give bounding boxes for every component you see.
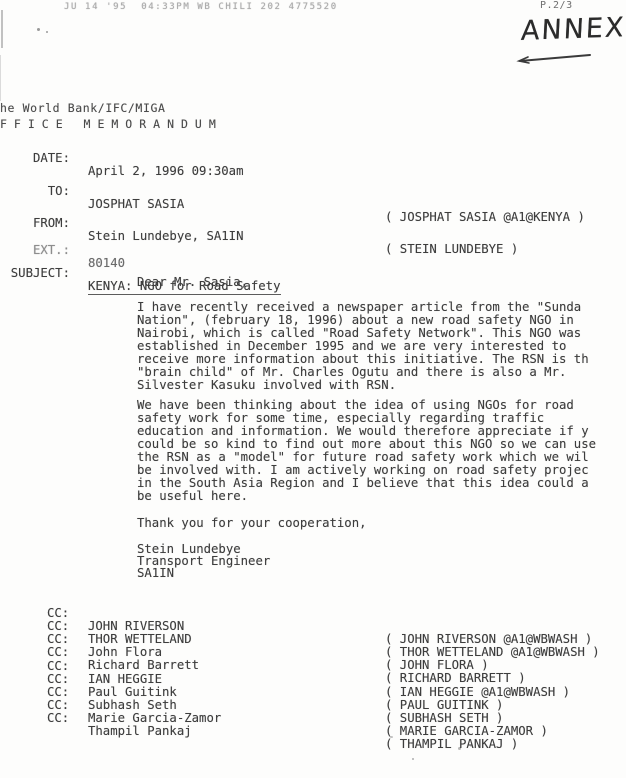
org-name: he World Bank/IFC/MIGA (0, 101, 223, 115)
subject-label: SUBJECT: (0, 267, 70, 280)
cc-row: CC: Paul Guitink ( PAUL GUITINK ) (0, 660, 626, 673)
meta-row-date: DATE: April 2, 1996 09:30am (0, 139, 626, 152)
cc-row: CC: JOHN RIVERSON ( JOHN RIVERSON @A1@WB… (0, 594, 626, 607)
fax-transmission-header: JU 14 '95 04:33PM WB CHILI 202 4775520 (64, 2, 338, 12)
closing-line: Thank you for your cooperation, (137, 517, 367, 530)
meta-row-from: FROM: Stein Lundebye, SA1IN ( STEIN LUND… (0, 204, 626, 217)
from-label: FROM: (0, 217, 70, 230)
cc-row: CC: Marie Garcia-Zamor ( MARIE GARCIA-ZA… (0, 686, 626, 699)
signature-division: SA1IN (137, 567, 174, 580)
body-line: Silvester Kasuku involved with RSN. (137, 379, 396, 392)
cc-row: CC: Thampil Pankaj ( THAMPIL PANKAJ ) (0, 699, 626, 712)
scan-edge-artifact (1, 10, 3, 48)
meta-row-ext: EXT.: 80140 (0, 231, 626, 244)
ink-speck (46, 31, 48, 33)
memo-scanned-page: JU 14 '95 04:33PM WB CHILI 202 4775520 P… (0, 0, 626, 778)
annex-handwritten-note: ANNEX (520, 12, 626, 47)
date-label: DATE: (0, 152, 70, 165)
annex-underline-arrow-icon (514, 50, 596, 66)
cc-row: CC: John Flora ( JOHN FLORA ) (0, 620, 626, 633)
page-number: P.2/3 (540, 0, 573, 11)
cc-row: CC: Richard Barrett ( RICHARD BARRETT ) (0, 633, 626, 646)
letterhead: he World Bank/IFC/MIGA FFICE MEMORANDUM (0, 101, 223, 131)
body-line: be useful here. (137, 490, 248, 503)
cc-name: Thampil Pankaj (88, 725, 192, 738)
salutation: Dear Mr. Sasia, (137, 276, 248, 289)
scan-edge-artifact (0, 55, 1, 101)
cc-address: ( THAMPIL PANKAJ ) (385, 738, 518, 751)
meta-row-subject: SUBJECT: KENYA: NGO for Road Safety (0, 254, 626, 267)
cc-label: CC: (47, 712, 69, 725)
meta-row-to: TO: JOSPHAT SASIA ( JOSPHAT SASIA @A1@KE… (0, 172, 626, 185)
cc-row: CC: IAN HEGGIE ( IAN HEGGIE @A1@WBWASH ) (0, 647, 626, 660)
cc-row: CC: Subhash Seth ( SUBHASH SETH ) (0, 673, 626, 686)
ink-speck (37, 28, 40, 31)
cc-row: CC: THOR WETTELAND ( THOR WETTELAND @A1@… (0, 607, 626, 620)
to-label: TO: (0, 185, 70, 198)
scan-noise-dot (412, 758, 414, 760)
memo-title: FFICE MEMORANDUM (0, 117, 223, 131)
